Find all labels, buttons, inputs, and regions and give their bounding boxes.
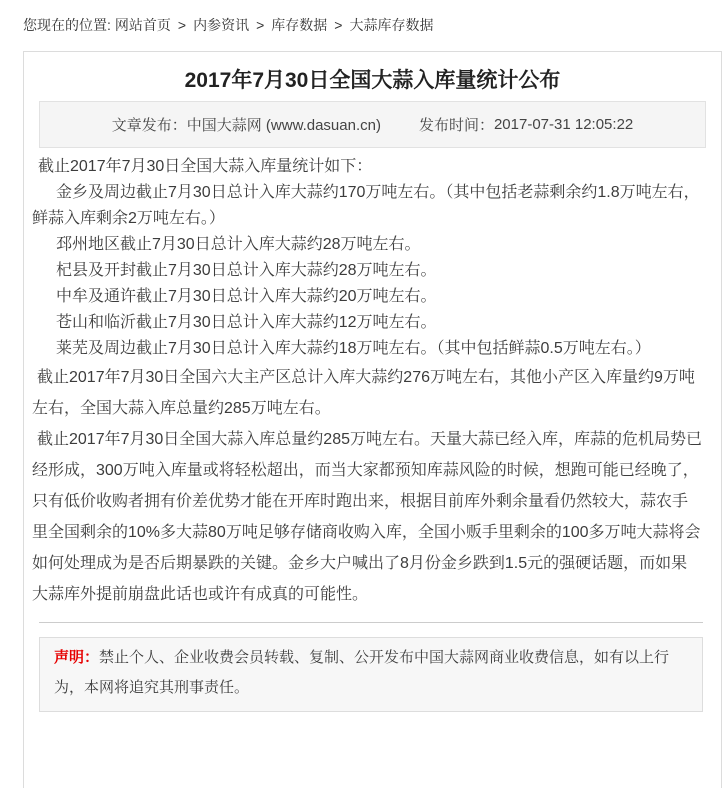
summary-paragraph-analysis: 截止2017年7月30日全国大蒜入库总量约285万吨左右。天量大蒜已经入库，库蒜…	[32, 424, 703, 610]
meta-time-value: 2017-07-31 12:05:22	[494, 116, 633, 133]
breadcrumb-separator: >	[334, 17, 342, 33]
breadcrumb-link-home[interactable]: 网站首页	[115, 17, 171, 33]
footer-divider	[39, 622, 703, 623]
article-meta-bar: 文章发布： 中国大蒜网 (www.dasuan.cn) 发布时间： 2017-0…	[39, 101, 706, 148]
region-line-cangshan: 苍山和临沂截止7月30日总计入库大蒜约12万吨左右。	[32, 310, 703, 336]
breadcrumb-link-dasuan-kucun[interactable]: 大蒜库存数据	[349, 17, 433, 33]
breadcrumb-separator: >	[178, 17, 186, 33]
region-line-pizhou: 邳州地区截止7月30日总计入库大蒜约28万吨左右。	[32, 232, 703, 258]
breadcrumb-prefix: 您现在的位置:	[23, 17, 111, 33]
summary-paragraph-totals: 截止2017年7月30日全国六大主产区总计入库大蒜约276万吨左右，其他小产区入…	[32, 362, 703, 424]
disclaimer-text: 禁止个人、企业收费会员转载、复制、公开发布中国大蒜网商业收费信息，如有以上行为，…	[54, 649, 669, 696]
page-title: 2017年7月30日全国大蒜入库量统计公布	[36, 67, 709, 95]
article-intro-paragraph: 截止2017年7月30日全国大蒜入库量统计如下：	[32, 154, 703, 180]
meta-time-label: 发布时间：	[419, 114, 494, 135]
disclaimer-box: 声明：禁止个人、企业收费会员转载、复制、公开发布中国大蒜网商业收费信息，如有以上…	[39, 637, 703, 712]
region-line-laiwu: 莱芜及周边截止7月30日总计入库大蒜约18万吨左右。（其中包括鲜蒜0.5万吨左右…	[32, 336, 703, 362]
breadcrumb-separator: >	[256, 17, 264, 33]
disclaimer-label: 声明：	[54, 649, 99, 666]
breadcrumb-link-neican[interactable]: 内参资讯	[193, 17, 249, 33]
breadcrumb: 您现在的位置:网站首页>内参资讯>库存数据>大蒜库存数据	[0, 0, 727, 51]
region-line-zhongmou: 中牟及通许截止7月30日总计入库大蒜约20万吨左右。	[32, 284, 703, 310]
meta-source-label: 文章发布：	[112, 114, 187, 135]
article-body: 截止2017年7月30日全国大蒜入库量统计如下： 金乡及周边截止7月30日总计入…	[24, 148, 721, 712]
breadcrumb-link-kucun[interactable]: 库存数据	[271, 17, 327, 33]
article-container: 2017年7月30日全国大蒜入库量统计公布 文章发布： 中国大蒜网 (www.d…	[23, 51, 722, 788]
meta-source-value: 中国大蒜网 (www.dasuan.cn)	[187, 114, 381, 135]
region-line-jinxiang: 金乡及周边截止7月30日总计入库大蒜约170万吨左右。（其中包括老蒜剩余约1.8…	[32, 180, 703, 232]
region-line-qixian: 杞县及开封截止7月30日总计入库大蒜约28万吨左右。	[32, 258, 703, 284]
